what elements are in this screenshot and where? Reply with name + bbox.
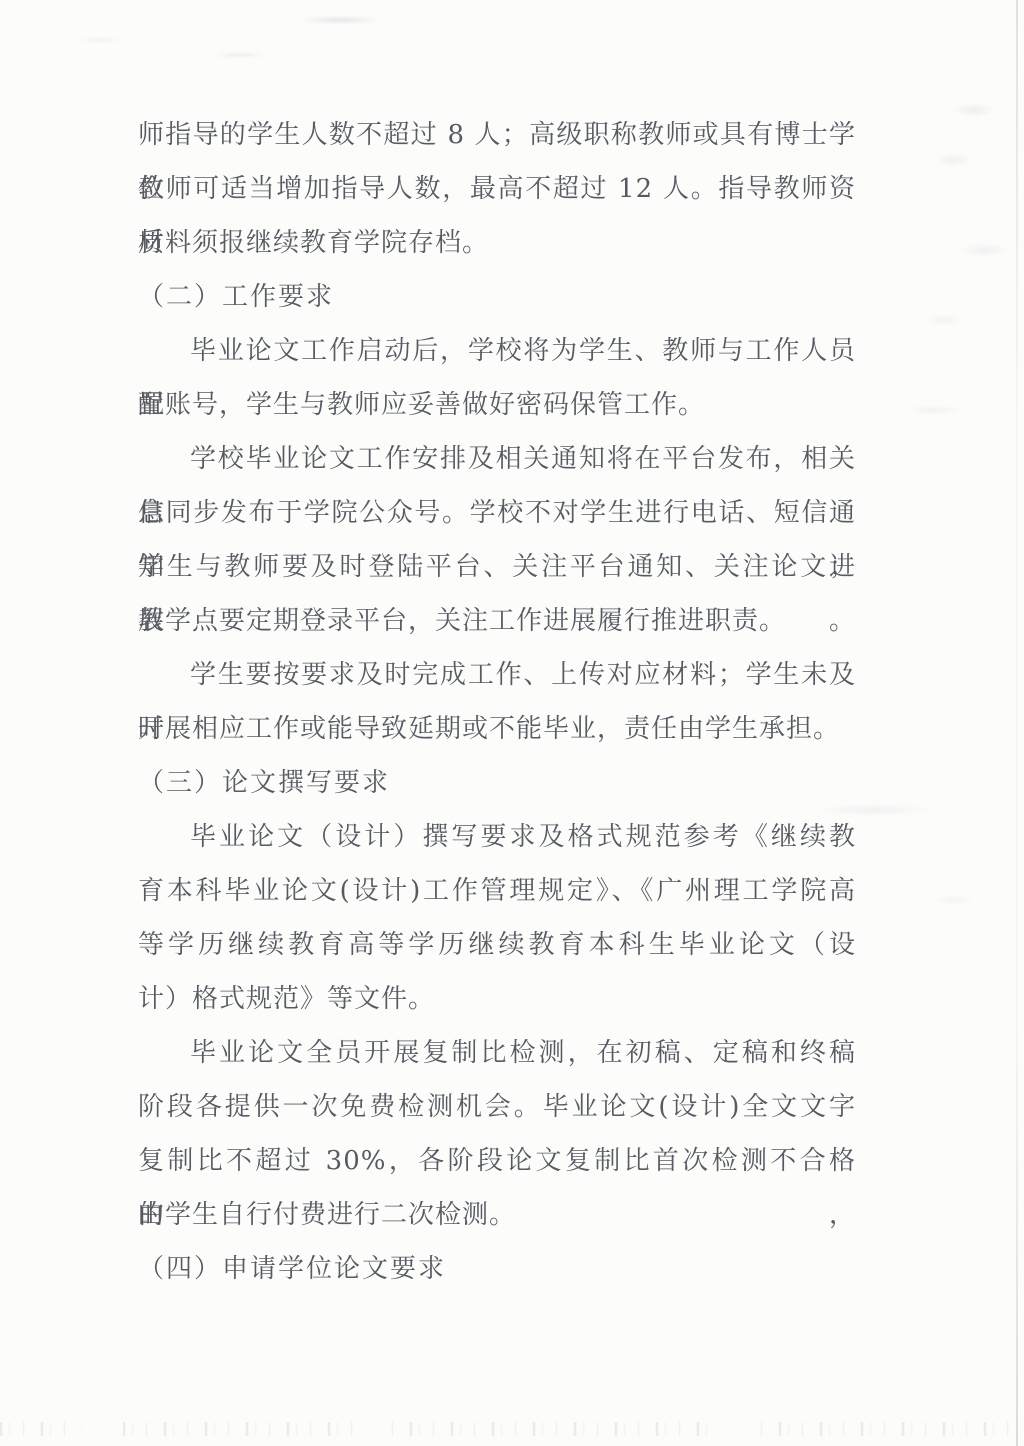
text-line: 学生与教师要及时登陆平台、关注平台通知、关注论文进展。 (138, 540, 856, 594)
text-line: 计）格式规范》等文件。 (138, 972, 856, 1026)
scan-smudge-top-right (904, 20, 1024, 360)
text-line: 育本科毕业论文(设计)工作管理规定》、《广州理工学院高 (138, 864, 856, 918)
section-heading-4: （四）申请学位论文要求 (138, 1242, 856, 1296)
scan-edge-line (1016, 0, 1018, 1446)
text-line: 毕业论文（设计）撰写要求及格式规范参考《继续教 (138, 810, 856, 864)
text-line: 息同步发布于学院公众号。学校不对学生进行电话、短信通知； (138, 486, 856, 540)
text-line: 教学点要定期登录平台，关注工作进展履行推进职责。 (138, 594, 856, 648)
scanned-document-page: 师指导的学生人数不超过 8 人；高级职称教师或具有博士学位 教师可适当增加指导人… (0, 0, 1024, 1446)
text-line: 复制比不超过 30%，各阶段论文复制比首次检测不合格的， (138, 1134, 856, 1188)
text-line: 等学历继续教育高等学历继续教育本科生毕业论文（设 (138, 918, 856, 972)
text-line: 教师可适当增加指导人数，最高不超过 12 人。指导教师资质 (138, 162, 856, 216)
scan-speckles-bottom (0, 1422, 1024, 1436)
text-line: 学校毕业论文工作安排及相关通知将在平台发布，相关信 (138, 432, 856, 486)
section-heading-2: （二）工作要求 (138, 270, 856, 324)
text-line: 毕业论文工作启动后，学校将为学生、教师与工作人员配 (138, 324, 856, 378)
scan-smudge-top-left (40, 0, 400, 60)
text-line: 开展相应工作或能导致延期或不能毕业，责任由学生承担。 (138, 702, 856, 756)
text-line: 学生要按要求及时完成工作、上传对应材料；学生未及时 (138, 648, 856, 702)
document-text-block: 师指导的学生人数不超过 8 人；高级职称教师或具有博士学位 教师可适当增加指导人… (138, 108, 856, 1296)
text-line: 毕业论文全员开展复制比检测，在初稿、定稿和终稿 (138, 1026, 856, 1080)
text-line: 师指导的学生人数不超过 8 人；高级职称教师或具有博士学位 (138, 108, 856, 162)
section-heading-3: （三）论文撰写要求 (138, 756, 856, 810)
text-line: 材料须报继续教育学院存档。 (138, 216, 856, 270)
text-line: 置账号，学生与教师应妥善做好密码保管工作。 (138, 378, 856, 432)
text-line: 阶段各提供一次免费检测机会。毕业论文(设计)全文文字 (138, 1080, 856, 1134)
